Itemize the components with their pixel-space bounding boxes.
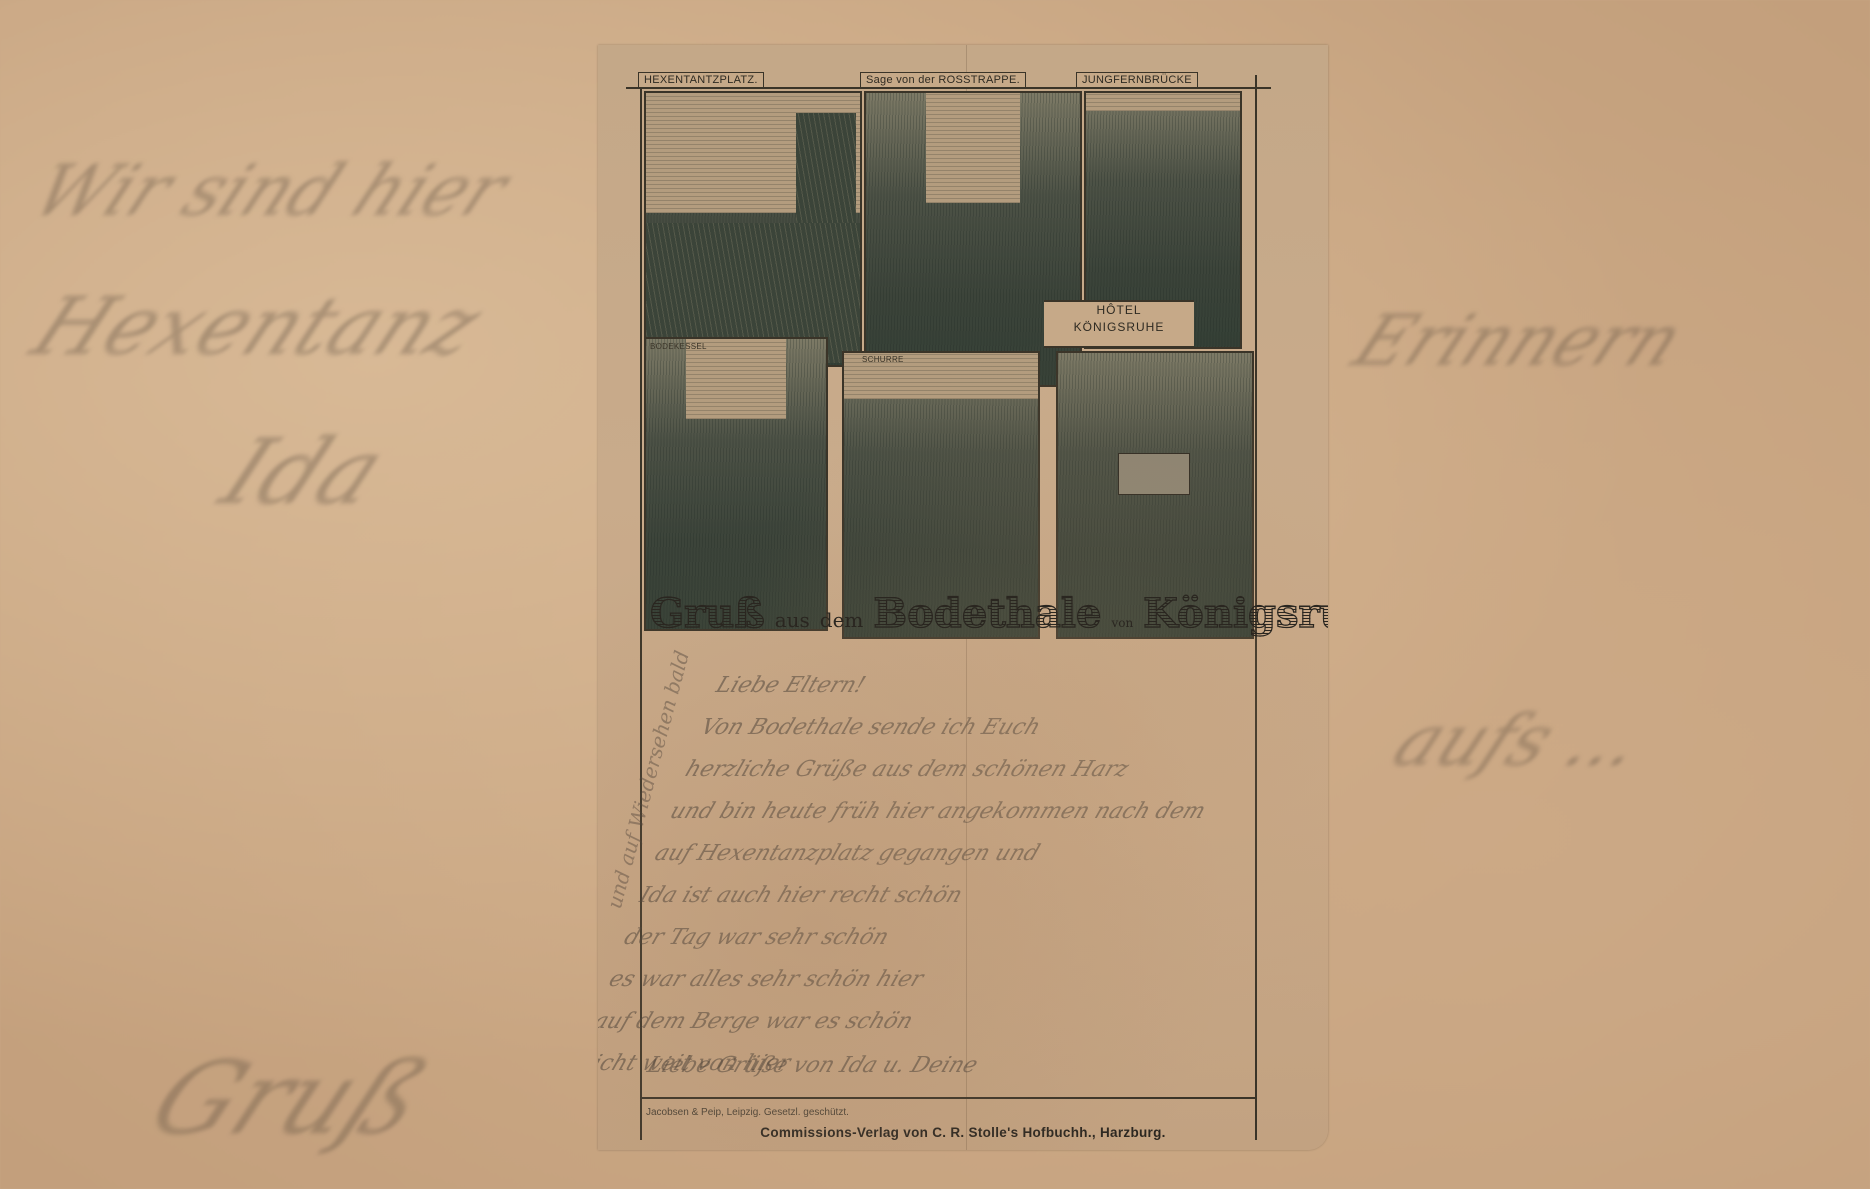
handwriting-line: und bin heute früh hier angekommen nach … xyxy=(663,791,1318,833)
hotel-koenigsruhe-banner: HÔTEL KÖNIGSRUHE xyxy=(1044,300,1194,348)
background-script: aufs ... xyxy=(1381,700,1657,782)
title-gruss: Gruß xyxy=(650,590,765,637)
handwriting-line: der Tag war sehr schön xyxy=(617,917,1272,959)
handwriting-line: es war alles sehr schön hier xyxy=(602,959,1257,1001)
signature: Liebe Grüße von Ida u. Deine xyxy=(640,1045,1295,1087)
handwritten-message: Liebe Eltern! Von Bodethale sende ich Eu… xyxy=(598,665,1328,1085)
title-dem: dem xyxy=(820,608,864,632)
handwriting-line: Ida ist auch hier recht schön xyxy=(633,875,1288,917)
background-script: Gruß xyxy=(133,1040,446,1157)
handwriting-line: auf Hexentanzplatz gegangen und xyxy=(648,833,1303,875)
background-script: Wir sind hier xyxy=(21,150,521,232)
panel-hexentanzplatz xyxy=(644,91,862,367)
handwriting-line: auf dem Berge war es schön xyxy=(598,1001,1242,1043)
label-bodekessel: BODEKESSEL xyxy=(650,342,707,351)
background-script: Hexentanz xyxy=(18,280,496,373)
signature-line: Liebe Grüße von Ida u. Deine xyxy=(640,1045,1295,1087)
label-rosstrappe: Sage von der ROSSTRAPPE. xyxy=(860,72,1026,88)
postcard: HEXENTANTZPLATZ. Sage von der ROSSTRAPPE… xyxy=(598,45,1328,1150)
label-schurre: SCHURRE xyxy=(862,355,904,364)
handwriting-line: Liebe Eltern! xyxy=(709,665,1328,707)
frame-bottom xyxy=(640,1097,1257,1099)
title-aus: aus xyxy=(775,608,810,632)
handwriting-line: herzliche Grüße aus dem schönen Harz xyxy=(679,749,1328,791)
title-bodethale: Bodethale xyxy=(873,590,1101,637)
title-koenigsruhe: Königsruhe. xyxy=(1143,590,1328,637)
hotel-line1: HÔTEL xyxy=(1044,302,1194,319)
publisher-credit: Commissions-Verlag von C. R. Stolle's Ho… xyxy=(598,1125,1328,1140)
label-jungfernbruecke: JUNGFERNBRÜCKE xyxy=(1076,72,1198,88)
greeting-title: Gruß aus dem Bodethale von Königsruhe. xyxy=(650,590,1280,650)
background-script: Erinnern xyxy=(1341,300,1696,382)
label-hexentanzplatz: HEXENTANTZPLATZ. xyxy=(638,72,764,88)
hotel-building xyxy=(1118,453,1190,495)
printer-credit: Jacobsen & Peip, Leipzig. Gesetzl. gesch… xyxy=(646,1107,849,1118)
handwriting-line: Von Bodethale sende ich Euch xyxy=(694,707,1328,749)
title-von: von xyxy=(1111,616,1133,630)
hotel-line2: KÖNIGSRUHE xyxy=(1044,319,1194,336)
panel-bodekessel xyxy=(644,337,828,631)
